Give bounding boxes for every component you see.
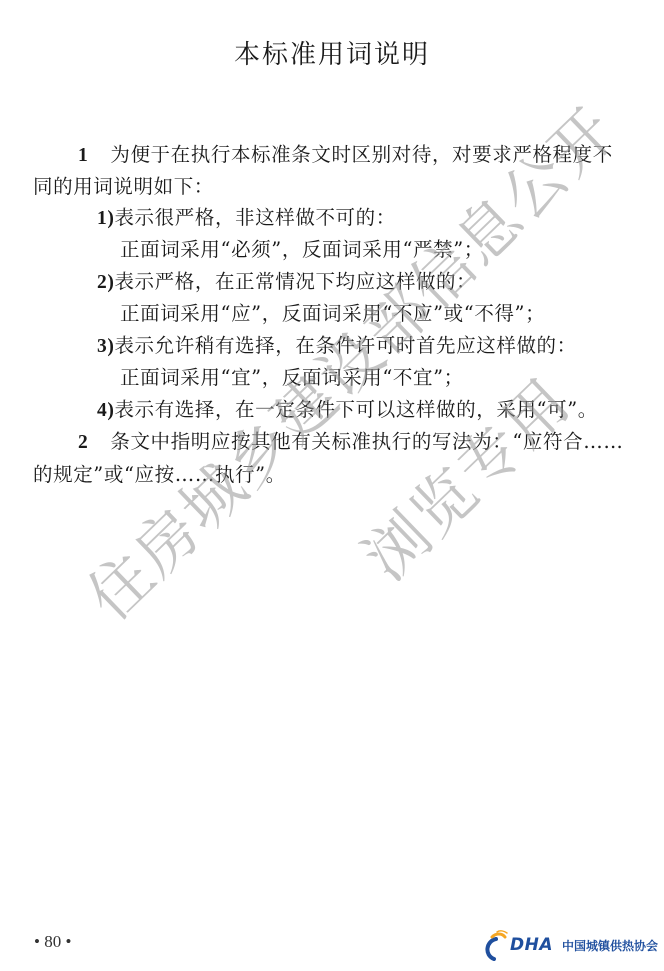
list-item-2: 2)表示严格，在正常情况下均应这样做的： [97,270,476,295]
list-item-3: 3)表示允许稍有选择，在条件许可时首先应这样做的： [97,334,577,359]
list-item-1: 1)表示很严格，非这样做不可的： [97,206,396,231]
watermark-line-2: 浏览专用 [341,355,587,597]
item-text: 表示允许稍有选择，在条件许可时首先应这样做的： [114,334,576,357]
organization-logo: DHA 中国城镇供热协会 [482,928,658,962]
clause-2-line-2: 的规定”或“应按……执行”。 [33,463,286,487]
logo-swoosh-icon [482,929,510,961]
logo-abbreviation: DHA [510,935,553,955]
list-item-1-detail: 正面词采用“必须”，反面词采用“严禁”； [120,238,484,262]
clause-1-line-1: 1为便于在执行本标准条文时区别对待，对要求严格程度不 [78,143,613,168]
clause-number: 2 [78,432,88,453]
item-text: 表示很严格，非这样做不可的： [114,206,395,229]
item-marker: 3) [97,336,114,357]
clause-text: 为便于在执行本标准条文时区别对待，对要求严格程度不 [110,143,613,166]
item-marker: 2) [97,272,114,293]
list-item-2-detail: 正面词采用“应”，反面词采用“不应”或“不得”； [120,302,545,326]
list-item-3-detail: 正面词采用“宜”，反面词采用“不宜”； [120,366,464,390]
logo-organization-name: 中国城镇供热协会 [562,937,658,954]
document-page: 本标准用词说明 1为便于在执行本标准条文时区别对待，对要求严格程度不 同的用词说… [0,0,664,971]
clause-text: 条文中指明应按其他有关标准执行的写法为：“应符合…… [110,430,623,453]
clause-2-line-1: 2条文中指明应按其他有关标准执行的写法为：“应符合…… [78,430,623,455]
item-marker: 4) [97,400,114,421]
item-marker: 1) [97,208,114,229]
clause-1-line-2: 同的用词说明如下： [33,175,214,199]
clause-number: 1 [78,145,88,166]
item-text: 表示有选择，在一定条件下可以这样做的，采用“可”。 [114,398,597,421]
page-number: • 80 • [34,932,71,952]
list-item-4: 4)表示有选择，在一定条件下可以这样做的，采用“可”。 [97,398,598,423]
item-text: 表示严格，在正常情况下均应这样做的： [114,270,476,293]
page-title: 本标准用词说明 [0,34,664,71]
